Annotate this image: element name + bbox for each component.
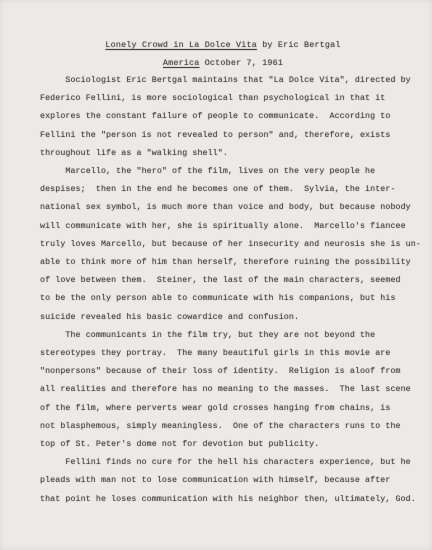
text-line: Fellini finds no cure for the hell his c… [40,454,406,472]
text-line: of the film, where perverts wear gold cr… [40,400,406,418]
text-line: of love between them. Steiner, the last … [40,272,406,290]
text-line: throughout life as a "walking shell". [40,145,406,163]
document-title: Lonely Crowd in La Dolce Vita by Eric Be… [40,36,406,54]
text-line: pleads with man not to lose communicatio… [40,472,406,490]
text-line: "nonpersons" because of their loss of id… [40,363,406,381]
paragraph-3: The communicants in the film try, but th… [40,327,406,509]
text-line: not blasphemous, simply meaningless. One… [40,418,406,436]
text-line: stereotypes they portray. The many beaut… [40,345,406,363]
document-body: Sociologist Eric Bertgal maintains that … [40,72,406,509]
text-line: to be the only person able to communicat… [40,290,406,308]
text-line: national sex symbol, is much more than v… [40,199,406,217]
text-line: despises; then in the end he becomes one… [40,181,406,199]
text-line: Marcello, the "hero" of the film, lives … [40,163,406,181]
title-byline: by Eric Bertgal [257,40,341,50]
source-date: October 7, 1961 [199,58,283,68]
text-line: truly loves Marcello, but because of her… [40,236,406,254]
title-underlined-text: Lonely Crowd in La Dolce Vita [105,40,257,50]
text-line: The communicants in the film try, but th… [40,327,406,345]
text-line: will communicate with her, she is spirit… [40,218,406,236]
text-line: that point he loses communication with h… [40,491,406,509]
document-page: Lonely Crowd in La Dolce Vita by Eric Be… [0,0,432,550]
paragraph-2: Marcello, the "hero" of the film, lives … [40,163,406,327]
text-line: Federico Fellini, is more sociological t… [40,90,406,108]
text-line: explores the constant failure of people … [40,108,406,126]
text-line: Fellini the "person is not revealed to p… [40,127,406,145]
text-line: all realities and therefore has no meani… [40,381,406,399]
text-line: suicide revealed his basic cowardice and… [40,309,406,327]
source-name-underlined: America [163,58,200,68]
document-source: America October 7, 1961 [40,54,406,72]
text-line: top of St. Peter's dome not for devotion… [40,436,406,454]
text-line: Sociologist Eric Bertgal maintains that … [40,72,406,90]
text-line: able to think more of him than herself, … [40,254,406,272]
paragraph-1: Sociologist Eric Bertgal maintains that … [40,72,406,163]
